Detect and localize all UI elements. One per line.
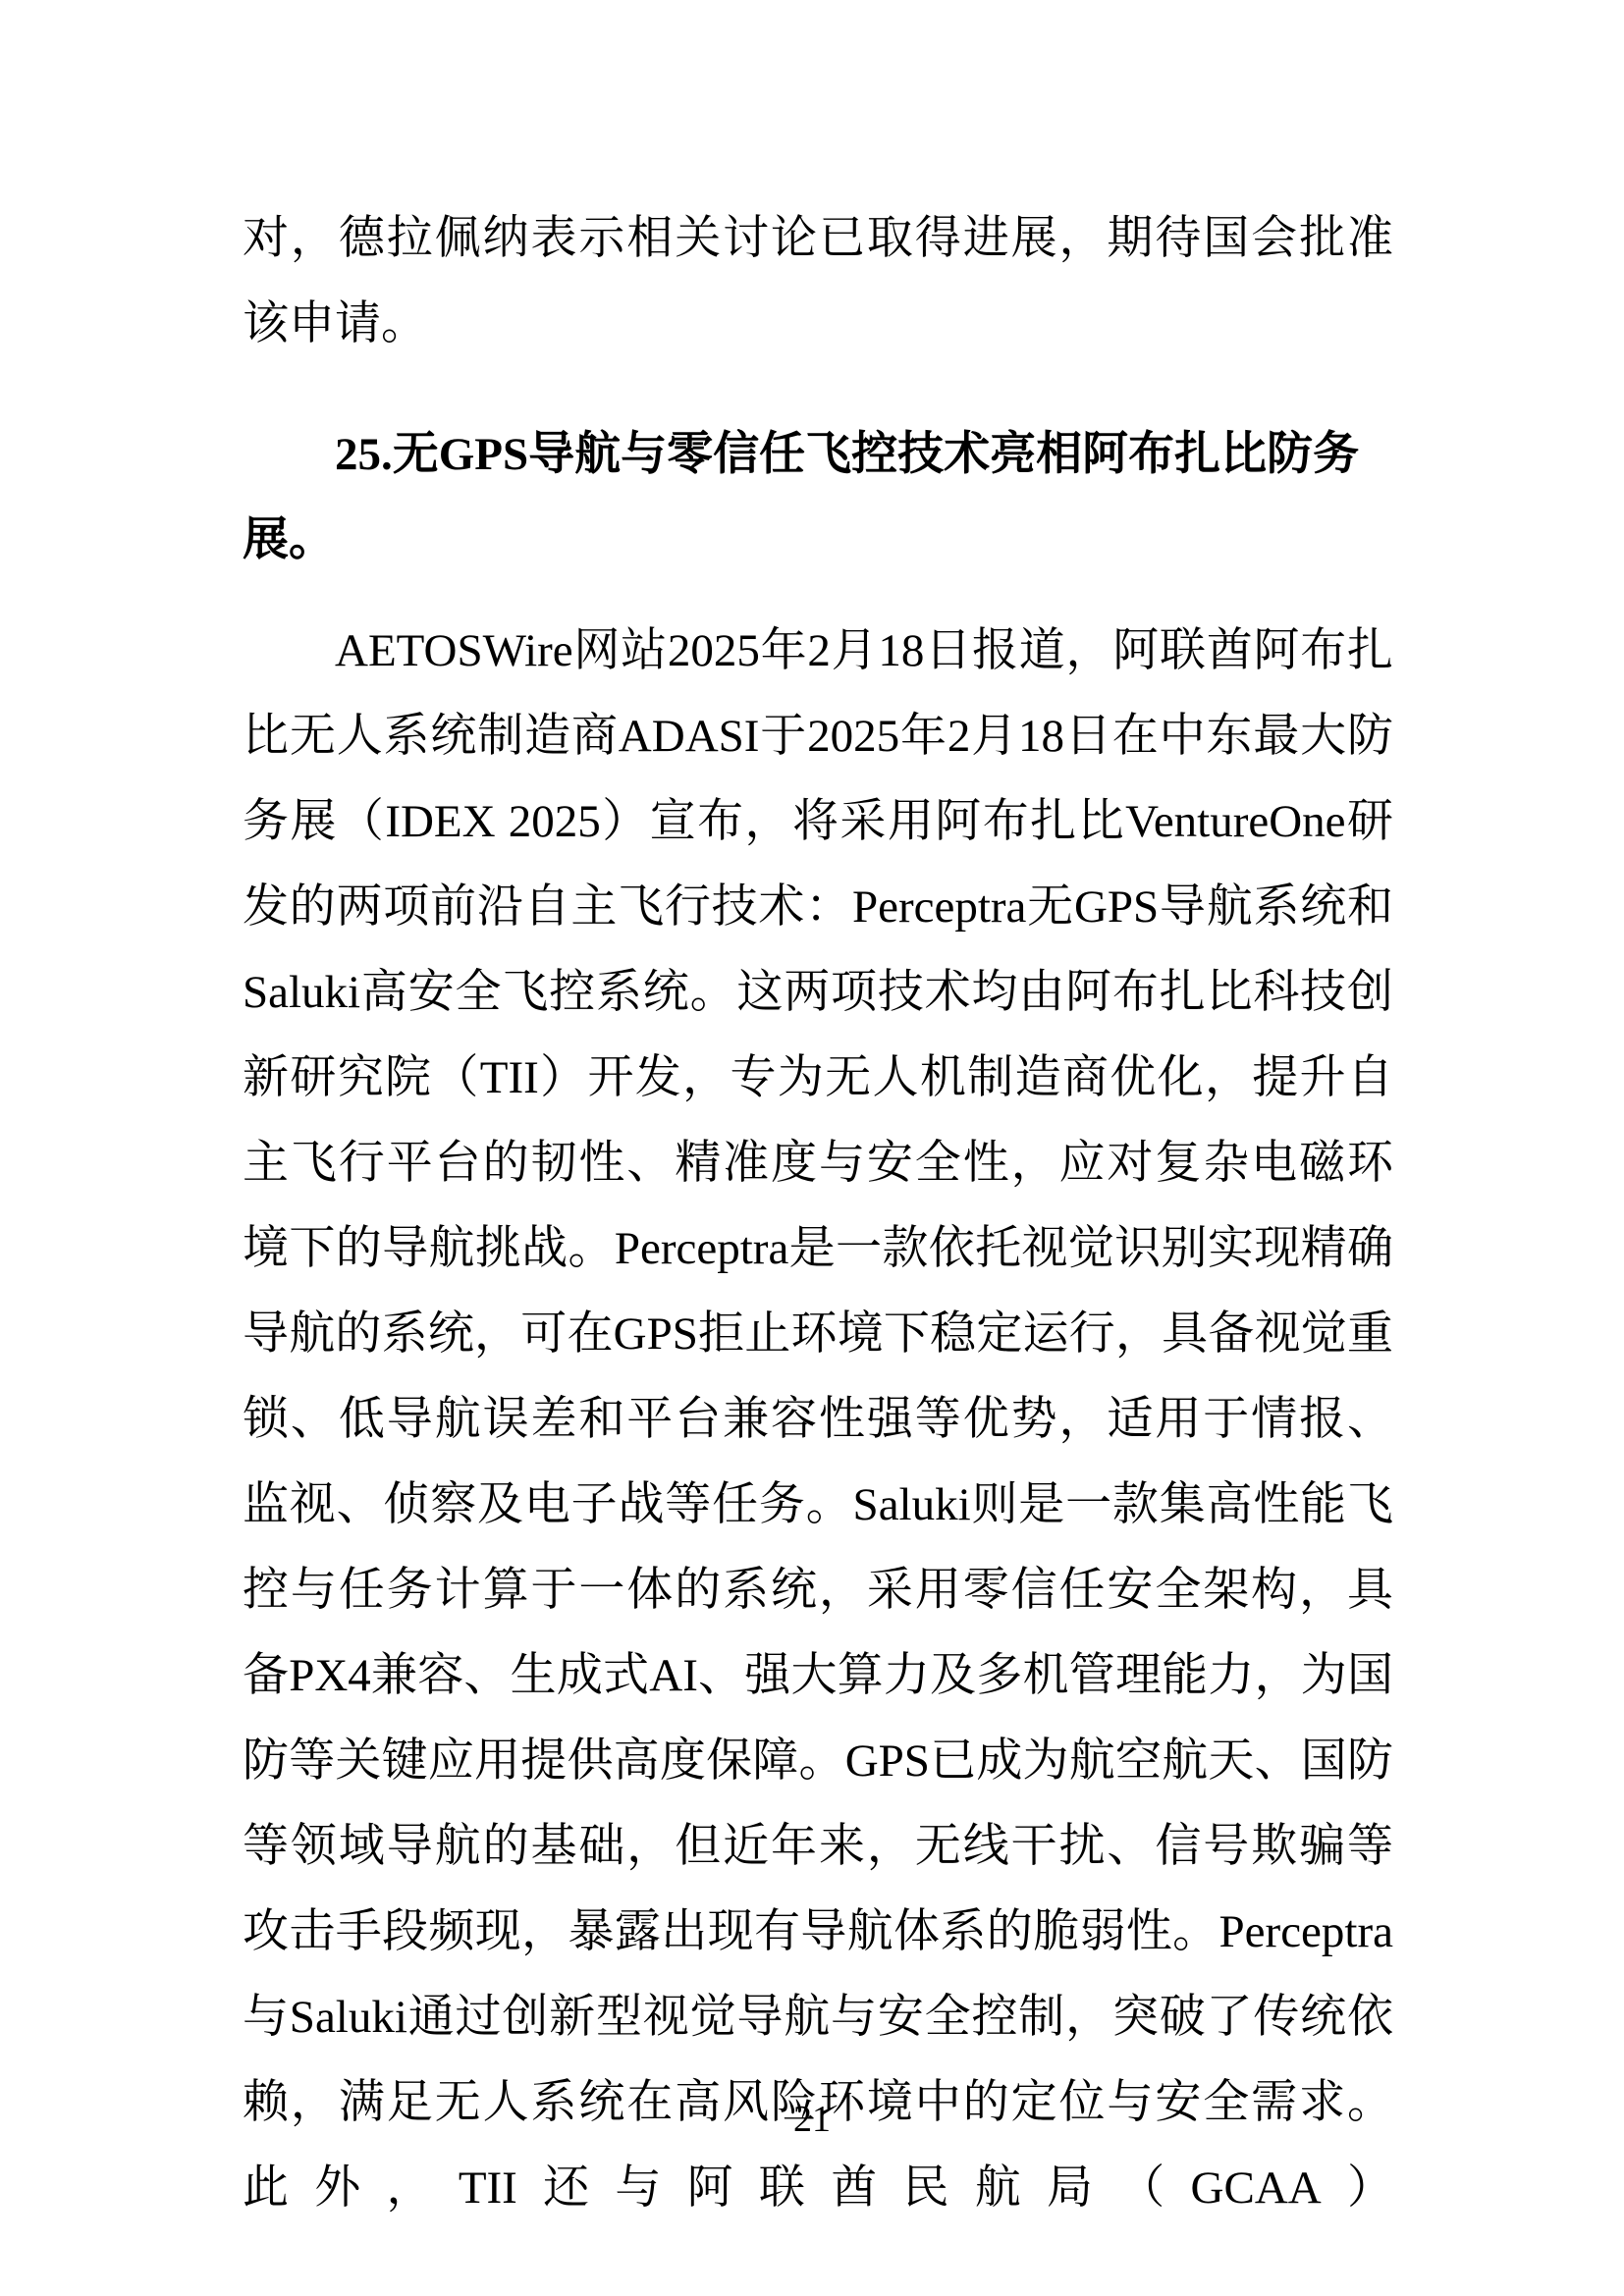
section-heading: 25.无GPS导航与零信任飞控技术亮相阿布扎比防务展。 [243, 412, 1393, 583]
page-content: 对，德拉佩纳表示相关讨论已取得进展，期待国会批准该申请。 25.无GPS导航与零… [243, 196, 1393, 2231]
paragraph-body: AETOSWire网站2025年2月18日报道，阿联酋阿布扎比无人系统制造商AD… [243, 609, 1393, 2231]
paragraph-continued: 对，德拉佩纳表示相关讨论已取得进展，期待国会批准该申请。 [243, 196, 1393, 367]
document-page: 对，德拉佩纳表示相关讨论已取得进展，期待国会批准该申请。 25.无GPS导航与零… [0, 0, 1624, 2296]
page-number: 21 [0, 2101, 1624, 2138]
